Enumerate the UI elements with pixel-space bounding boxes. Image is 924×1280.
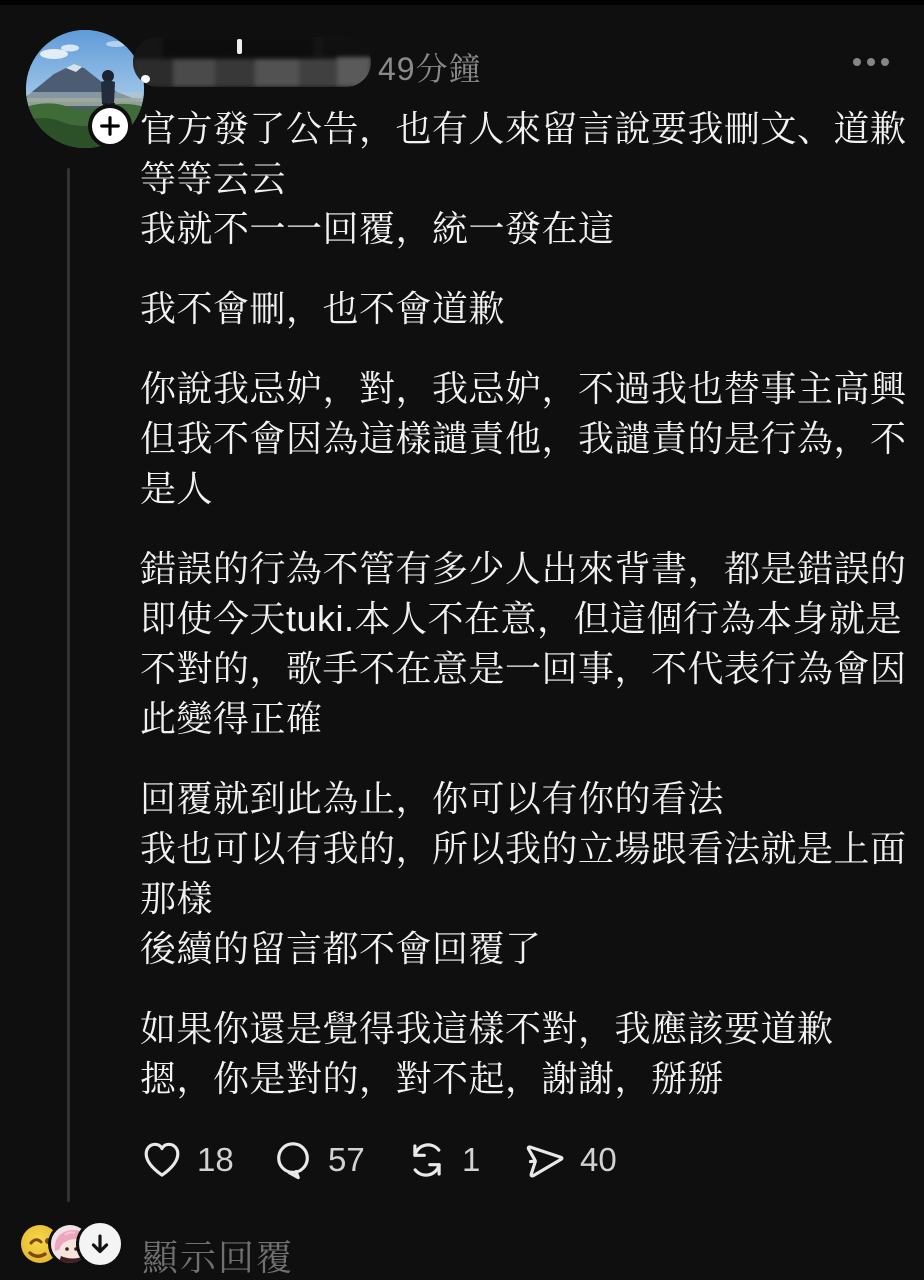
speech-bubble-icon [271,1138,315,1182]
down-arrow-icon [85,1229,115,1259]
like-button[interactable]: 18 [140,1132,234,1188]
paragraph: 我不會刪，也不會道歉 [140,284,920,334]
dot-icon [867,58,875,66]
author-username-redacted[interactable] [133,37,371,87]
top-divider [0,0,924,5]
dot-icon [881,58,889,66]
post-line: 那樣 [140,874,920,924]
expand-replies-badge [76,1220,124,1268]
post-line: 即使今天tuki.本人不在意，但這個行為本身就是 [140,594,920,644]
action-bar: 18 57 1 40 [0,1132,924,1188]
post-line: 如果你還是覺得我這樣不對，我應該要道歉 [140,1004,920,1054]
post-body: 官方發了公告，也有人來留言說要我刪文、道歉 等等云云 我就不一一回覆，統一發在這… [140,104,920,1104]
dot-icon [853,58,861,66]
post-line: 不對的，歌手不在意是一回事，不代表行為會因 [140,644,920,694]
post-line: 官方發了公告，也有人來留言說要我刪文、道歉 [140,104,920,154]
paragraph: 官方發了公告，也有人來留言說要我刪文、道歉 等等云云 我就不一一回覆，統一發在這 [140,104,920,254]
heart-icon [140,1138,184,1182]
post-line: 我就不一一回覆，統一發在這 [140,204,920,254]
post-line: 是人 [140,464,920,514]
follow-plus-badge[interactable] [88,104,132,148]
paragraph: 錯誤的行為不管有多少人出來背書，都是錯誤的 即使今天tuki.本人不在意，但這個… [140,544,920,744]
redaction-speck [141,75,150,83]
post-line: 我也可以有我的，所以我的立場跟看法就是上面 [140,824,920,874]
paper-plane-icon [521,1136,569,1184]
post-line: 摁，你是對的，對不起，謝謝，掰掰 [140,1054,920,1104]
redaction-tick [237,39,242,54]
plus-icon [98,114,122,138]
redaction-mosaic [133,37,371,87]
repost-button[interactable]: 1 [405,1132,480,1188]
post-line: 後續的留言都不會回覆了 [140,924,920,974]
post-line: 等等云云 [140,154,920,204]
show-replies-label[interactable]: 顯示回覆 [142,1230,294,1280]
post-line: 你說我忌妒，對，我忌妒，不過我也替事主高興 [140,364,920,414]
comment-count: 57 [328,1141,365,1179]
paragraph: 回覆就到此為止，你可以有你的看法 我也可以有我的，所以我的立場跟看法就是上面 那… [140,774,920,974]
share-button[interactable]: 40 [523,1132,617,1188]
post-timestamp: 49分鐘 [378,44,482,90]
share-count: 40 [580,1141,617,1179]
post-line: 但我不會因為這樣譴責他，我譴責的是行為，不 [140,414,920,464]
paragraph: 如果你還是覺得我這樣不對，我應該要道歉 摁，你是對的，對不起，謝謝，掰掰 [140,1004,920,1104]
post-line: 錯誤的行為不管有多少人出來背書，都是錯誤的 [140,544,920,594]
like-count: 18 [197,1141,234,1179]
more-options-button[interactable] [836,42,906,82]
repost-count: 1 [462,1141,480,1179]
threads-post-screen: 49分鐘 官方發了公告，也有人來留言說要我刪文、道歉 等等云云 我就不一一回覆，… [0,0,924,1280]
repost-icon [405,1138,449,1182]
post-line: 回覆就到此為止，你可以有你的看法 [140,774,920,824]
comment-button[interactable]: 57 [271,1132,365,1188]
post-line: 此變得正確 [140,694,920,744]
thread-reply-line [67,168,70,1202]
paragraph: 你說我忌妒，對，我忌妒，不過我也替事主高興 但我不會因為這樣譴責他，我譴責的是行… [140,364,920,514]
post-line: 我不會刪，也不會道歉 [140,284,920,334]
